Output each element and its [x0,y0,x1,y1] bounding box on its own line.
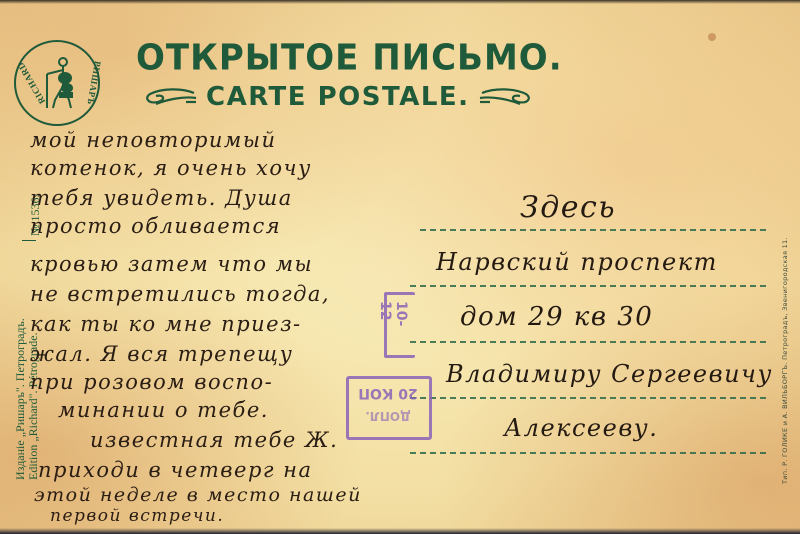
foxing-spot [708,33,716,41]
address-street: Нарвский проспект [436,248,718,276]
card-top-edge [0,0,800,4]
postage-due-label: ДОПЛ. [355,409,421,423]
address-line-5 [410,452,766,454]
message-line: тебя увидеть. Душа [30,186,293,210]
message-line: мой неповторимый [30,128,276,152]
flourish-right-icon [478,86,534,108]
postage-due-stamp: 20 КОП ДОПЛ. [346,376,432,440]
printer-imprint: Тип. Р. ГОЛИКЕ и А. ВИЛЬБОРГЪ. Петроград… [781,237,789,484]
message-line: не встретились тогда, [30,282,330,306]
address-recipient-surname: Алексееву. [504,414,658,442]
publisher-logo: RICHARD РИШАРЪ [14,40,100,126]
flourish-left-icon [142,86,198,108]
imprint-divider [22,240,36,241]
message-line: котенок, я очень хочу [30,156,312,180]
message-line: просто обливается [30,214,281,238]
message-line: приходи в четверг на [38,458,313,482]
address-line-2 [410,285,766,287]
message-line: жал. Я вся трепещу [30,342,293,366]
message-line: первой встречи. [50,506,224,526]
address-line-3 [410,341,766,343]
postage-due-amount: 20 КОП [355,385,421,401]
postcard-back: RICHARD РИШАРЪ ОТКРЫТОЕ ПИСЬМО. CARTE PO… [0,0,800,534]
message-line: как ты ко мне приез- [30,312,302,336]
date-stamp: 10-12 [384,292,415,358]
title-french-row: CARTE POSTALE. [142,80,534,114]
porter-figure-icon [41,56,77,112]
address-house: дом 29 кв 30 [460,302,653,332]
title-french: CARTE POSTALE. [206,82,470,112]
message-line: кровью затем что мы [30,252,313,276]
address-line-1 [420,229,766,231]
address-city: Здесь [520,190,616,225]
card-bottom-edge [0,528,800,534]
message-line: минании о тебе. [58,398,269,422]
message-line: при розовом воспо- [30,370,273,394]
message-line: этой неделе в место нашей [34,484,362,506]
address-line-4 [410,397,766,399]
address-recipient-name: Владимиру Сергеевичу [446,360,773,388]
logo-text-cyrillic: РИШАРЪ [85,60,103,105]
message-signature: известная тебе Ж. [90,428,338,452]
date-stamp-text: 10-12 [377,301,409,326]
title-russian: ОТКРЫТОЕ ПИСЬМО. [136,37,563,79]
